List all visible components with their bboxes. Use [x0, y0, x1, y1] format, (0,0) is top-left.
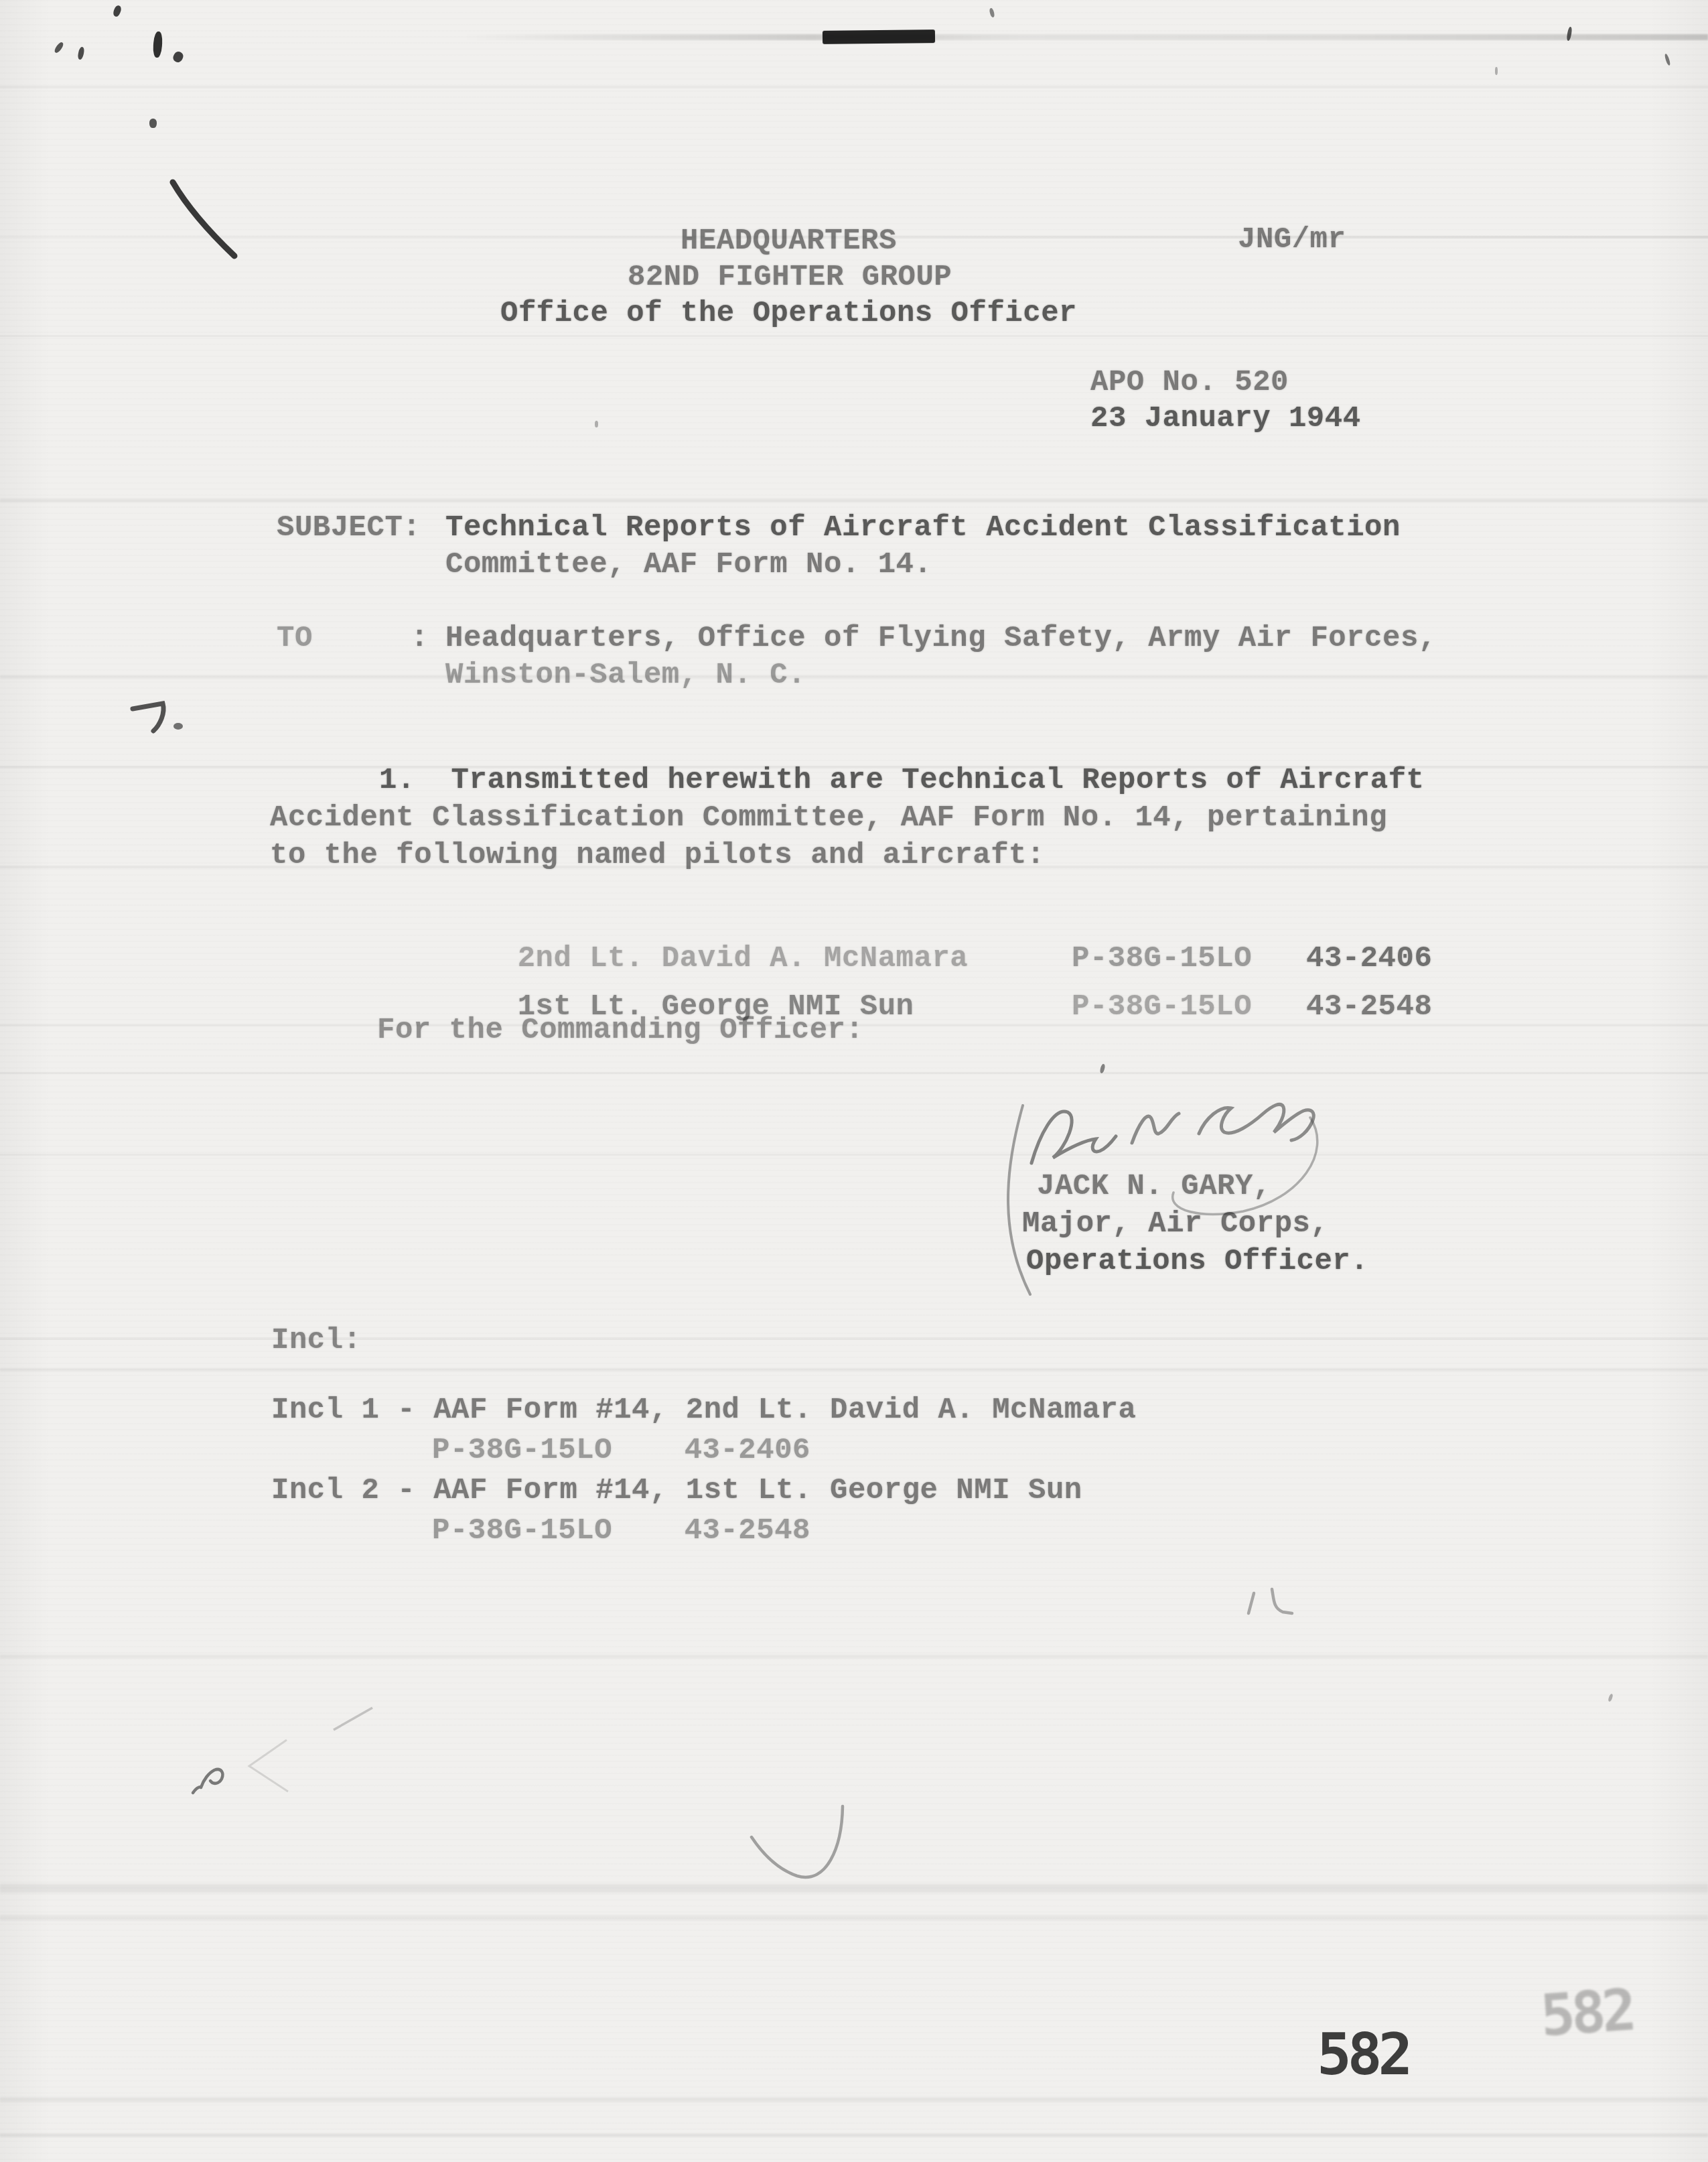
- subject-label: SUBJECT:: [277, 513, 421, 543]
- pilot-serial: 43-2548: [1306, 992, 1432, 1022]
- scan-streak: [0, 1884, 1708, 1893]
- pen-curl-mark: [193, 1769, 222, 1793]
- ink-speck: [77, 46, 85, 60]
- subject-line1: Technical Reports of Aircraft Accident C…: [445, 513, 1401, 543]
- to-label: TO: [277, 624, 313, 653]
- to-line2: Winston-Salem, N. C.: [445, 661, 806, 690]
- ink-speck: [1664, 54, 1670, 66]
- scan-streak: [0, 1072, 1708, 1074]
- margin-check-mark: [133, 703, 163, 731]
- ink-speck: [149, 119, 157, 128]
- margin-dot: [173, 723, 183, 730]
- to-line1: Headquarters, Office of Flying Safety, A…: [445, 624, 1437, 653]
- scanner-streak-artifact: [462, 34, 1708, 40]
- ink-speck: [54, 41, 65, 54]
- signature-name: JACK N. GARY,: [1037, 1172, 1271, 1201]
- ink-speck: [1495, 67, 1498, 75]
- scan-streak: [0, 1368, 1708, 1371]
- ink-speck: [989, 7, 995, 17]
- body-paragraph-line2: Accident Classification Committee, AAF F…: [270, 803, 1387, 833]
- page-number-ghost: 582: [1539, 1981, 1634, 2045]
- pencil-mark: [334, 1708, 372, 1730]
- pen-stroke-top-left: [173, 182, 234, 256]
- scan-streak: [0, 1337, 1708, 1340]
- closing-line: For the Commanding Officer:: [377, 1016, 863, 1045]
- office-reference-code: JNG/mr: [1238, 225, 1346, 255]
- enclosures-label: Incl:: [271, 1326, 362, 1355]
- enclosure-2-line1: Incl 2 - AAF Form #14, 1st Lt. George NM…: [271, 1476, 1082, 1505]
- ink-speck: [153, 31, 163, 58]
- scan-streak: [0, 335, 1708, 337]
- ink-speck: [1608, 1694, 1614, 1702]
- enclosure-2-line2: P-38G-15LO 43-2548: [432, 1516, 810, 1546]
- header-office: Office of the Operations Officer: [500, 299, 1077, 328]
- signature-rank: Major, Air Corps,: [1022, 1209, 1328, 1239]
- faint-margin-mark: [1249, 1589, 1292, 1613]
- scanned-memo-page: JNG/mr HEADQUARTERS 82ND FIGHTER GROUP O…: [0, 0, 1708, 2162]
- scan-streak: [0, 1655, 1708, 1658]
- scan-streak: [0, 2133, 1708, 2137]
- enclosure-1-line2: P-38G-15LO 43-2406: [432, 1436, 810, 1465]
- apo-number: APO No. 520: [1090, 368, 1289, 397]
- subject-line2: Committee, AAF Form No. 14.: [445, 550, 932, 580]
- body-paragraph-line3: to the following named pilots and aircra…: [270, 841, 1045, 870]
- header-headquarters: HEADQUARTERS: [681, 226, 897, 256]
- scan-streak: [0, 86, 1708, 88]
- to-colon: :: [411, 624, 429, 653]
- scan-streak: [0, 498, 1708, 502]
- scan-streak: [0, 1154, 1708, 1156]
- pencil-mark: [249, 1740, 288, 1792]
- scanner-bar-artifact: [823, 29, 935, 44]
- body-paragraph-line1: 1. Transmitted herewith are Technical Re…: [379, 766, 1424, 795]
- ink-speck: [1099, 1063, 1105, 1073]
- ink-speck: [595, 421, 598, 427]
- page-number: 582: [1317, 2026, 1409, 2084]
- header-group: 82ND FIGHTER GROUP: [628, 263, 952, 292]
- pen-check-mark: [752, 1806, 843, 1877]
- ink-speck: [112, 5, 122, 17]
- ink-speck: [171, 50, 185, 64]
- scan-streak: [0, 675, 1708, 679]
- scan-streak: [0, 2097, 1708, 2102]
- enclosure-1-line1: Incl 1 - AAF Form #14, 2nd Lt. David A. …: [271, 1396, 1136, 1425]
- memo-date: 23 January 1944: [1090, 404, 1361, 433]
- scan-streak: [0, 1915, 1708, 1921]
- signature-title: Operations Officer.: [1026, 1247, 1368, 1276]
- pilot-aircraft: P-38G-15LO: [1072, 992, 1252, 1022]
